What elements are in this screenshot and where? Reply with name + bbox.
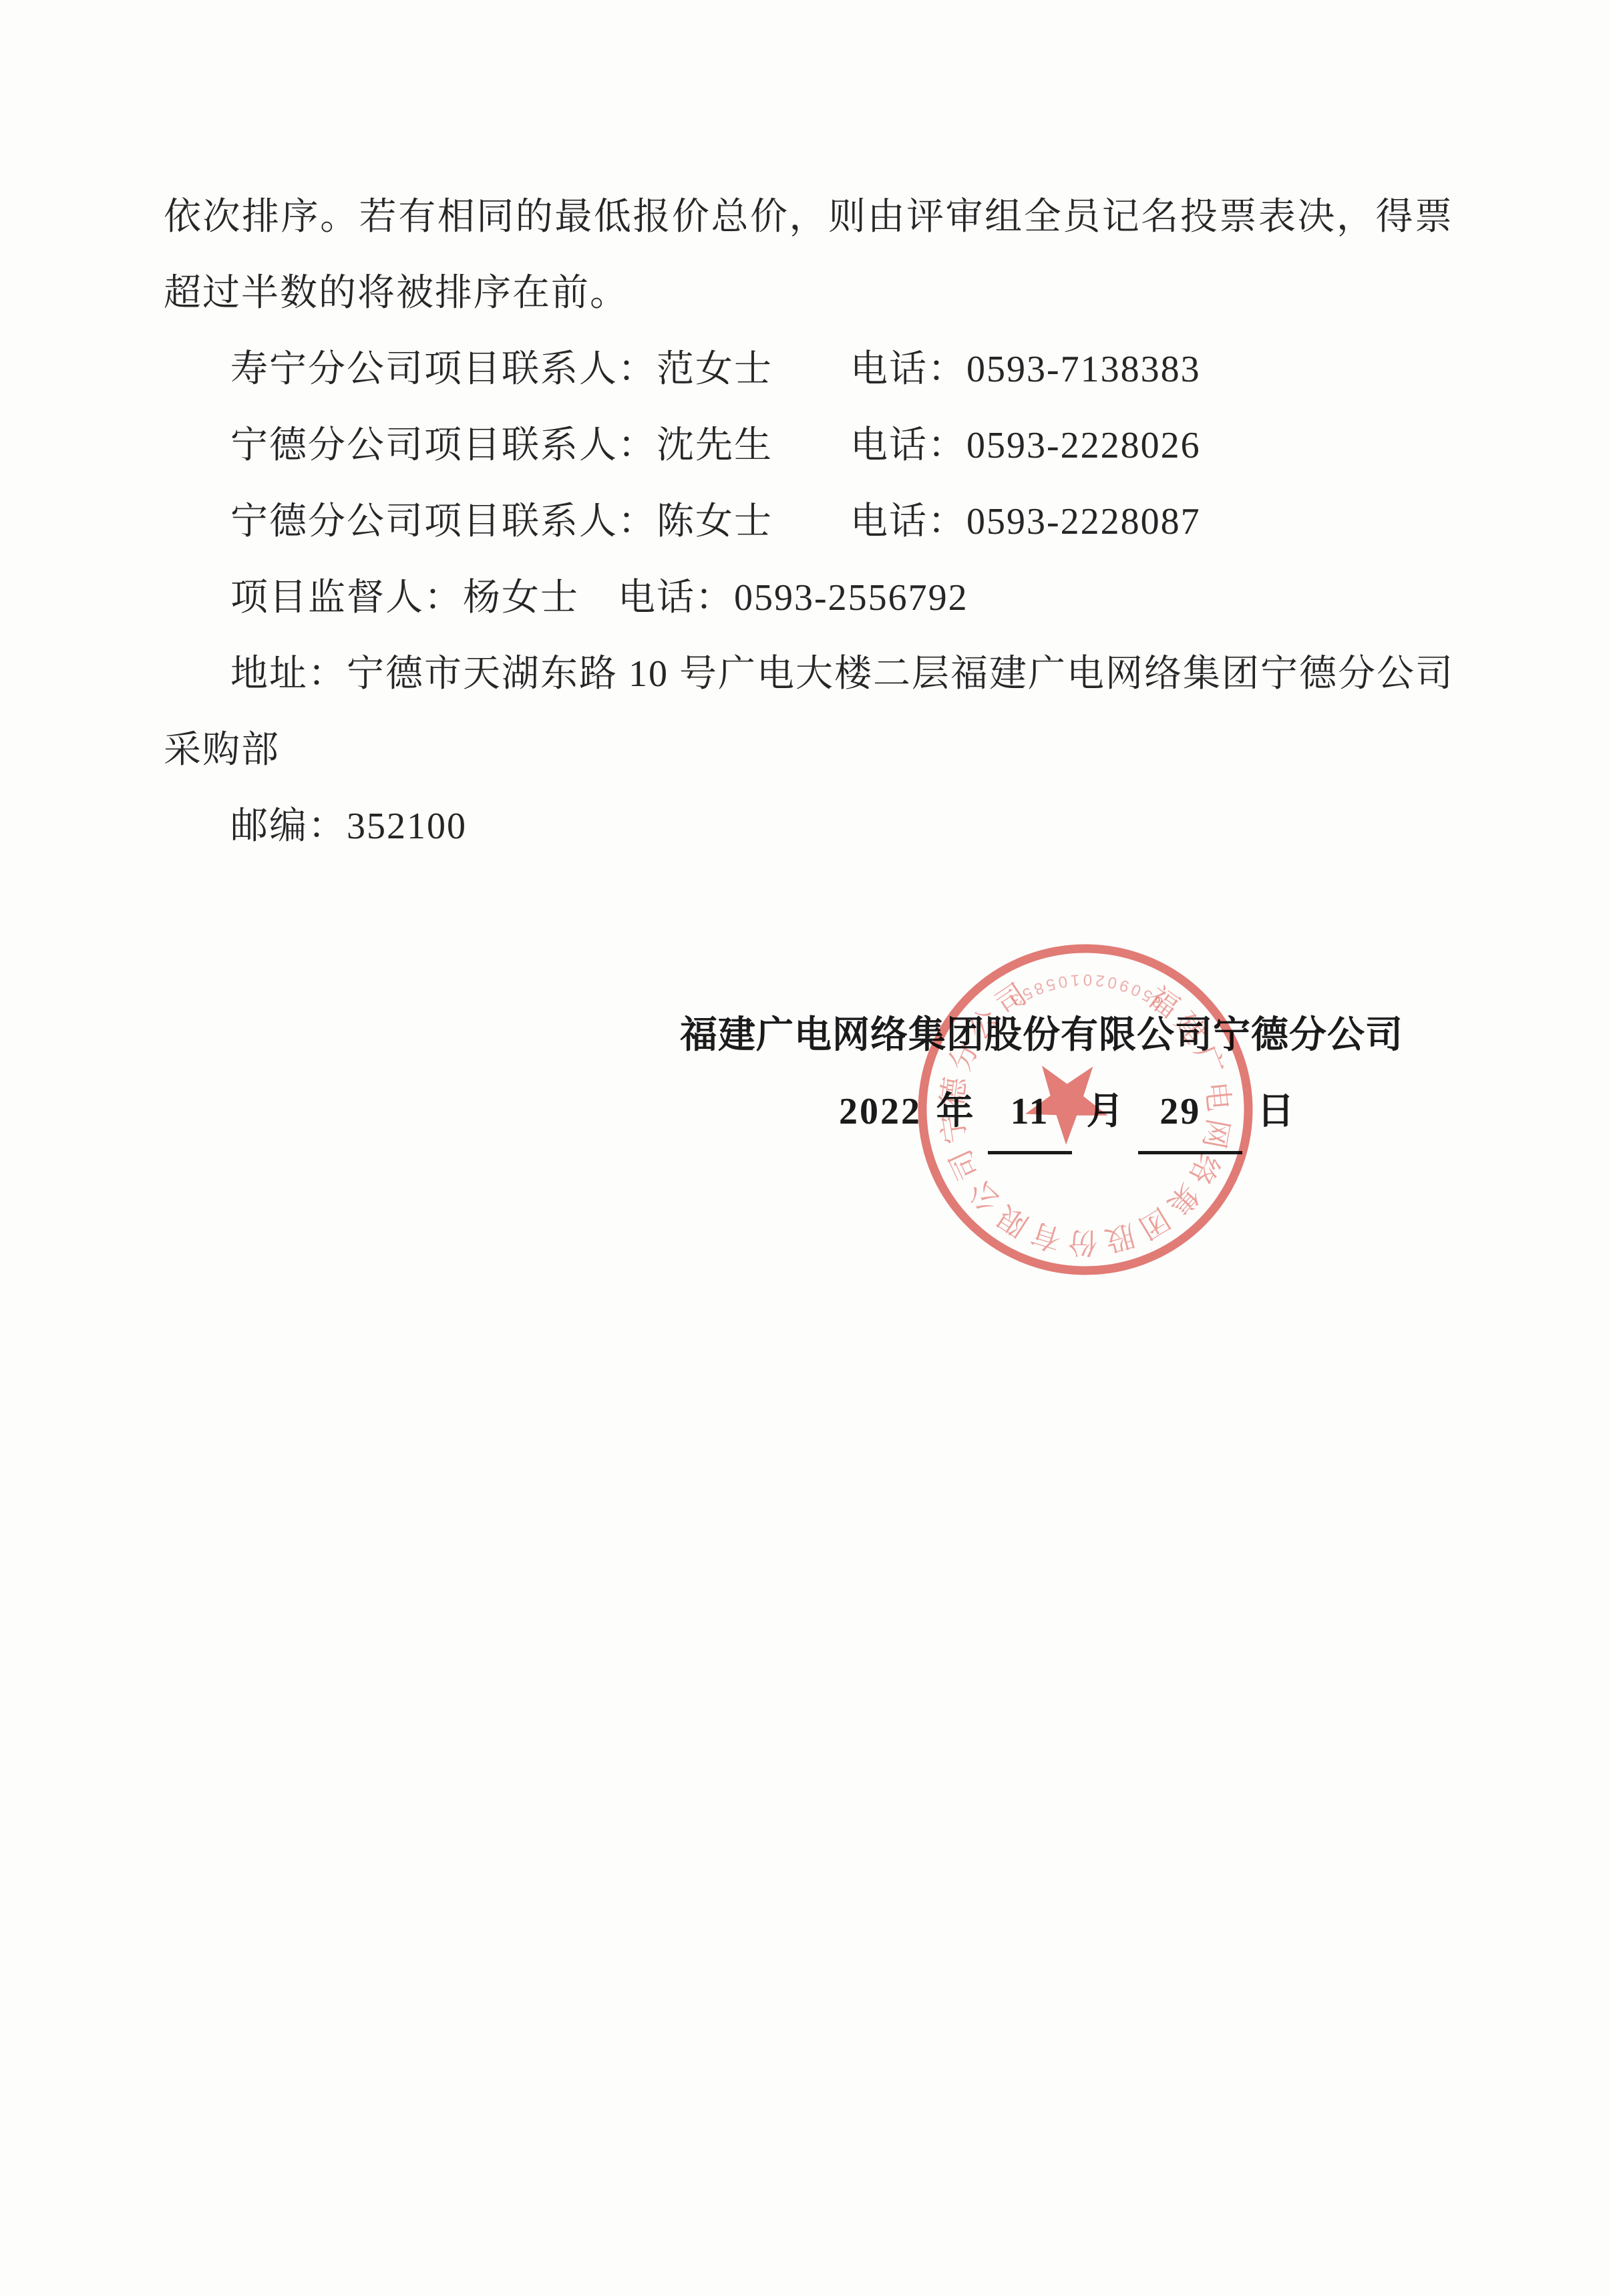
svg-text:0: 0 xyxy=(1083,971,1092,989)
body-text-block: 依次排序。若有相同的最低报价总价，则由评审组全员记名投票表决，得票 超过半数的将… xyxy=(164,179,1453,864)
svg-text:1: 1 xyxy=(1070,971,1080,989)
contact-line-ningde-1: 宁德分公司项目联系人：沈先生 电话：0593-2228026 xyxy=(164,407,1453,484)
svg-text:网: 网 xyxy=(1197,1116,1234,1151)
seal-ring-text: 福建广电网络集团股份有限公司宁德分公司 xyxy=(933,977,1237,1261)
svg-text:电: 电 xyxy=(1200,1080,1235,1113)
svg-text:2: 2 xyxy=(1095,971,1105,990)
date-year: 2022 xyxy=(839,1091,922,1132)
address-wrap-line: 采购部 xyxy=(164,712,1453,788)
contact-line-ningde-2: 宁德分公司项目联系人：陈女士 电话：0593-2228087 xyxy=(164,484,1453,560)
supervisor-line: 项目监督人：杨女士 电话：0593-2556792 xyxy=(164,560,1453,636)
svg-text:5: 5 xyxy=(1044,975,1057,995)
contact-line-shouning: 寿宁分公司项目联系人：范女士 电话：0593-7138383 xyxy=(164,331,1453,407)
seal-star-icon xyxy=(1025,1065,1109,1146)
svg-text:9: 9 xyxy=(1117,976,1131,996)
svg-text:0: 0 xyxy=(1106,973,1119,992)
svg-text:宁: 宁 xyxy=(936,1112,972,1146)
svg-text:股: 股 xyxy=(1101,1218,1138,1257)
postcode-line: 邮编：352100 xyxy=(164,788,1453,864)
svg-text:有: 有 xyxy=(1027,1216,1065,1257)
document-page: 依次排序。若有相同的最低报价总价，则由评审组全员记名投票表决，得票 超过半数的将… xyxy=(0,0,1609,2296)
svg-text:广: 广 xyxy=(1188,1041,1229,1080)
svg-text:0: 0 xyxy=(1057,972,1069,991)
address-line: 地址：宁德市天湖东路 10 号广电大楼二层福建广电网络集团宁德分公司 xyxy=(164,636,1453,712)
svg-text:团: 团 xyxy=(1133,1201,1175,1245)
company-seal: 福建广电网络集团股份有限公司宁德分公司 3509020105853 xyxy=(910,935,1261,1284)
svg-text:集: 集 xyxy=(1161,1178,1205,1222)
svg-text:德: 德 xyxy=(936,1074,972,1108)
svg-text:公: 公 xyxy=(963,1174,1007,1218)
svg-text:份: 份 xyxy=(1068,1226,1098,1259)
svg-text:建: 建 xyxy=(1168,1007,1212,1050)
date-day-unit: 日 xyxy=(1257,1090,1294,1132)
svg-text:公: 公 xyxy=(962,1003,1006,1046)
paragraph-line: 依次排序。若有相同的最低报价总价，则由评审组全员记名投票表决，得票 xyxy=(164,179,1453,255)
svg-text:分: 分 xyxy=(943,1036,985,1076)
svg-text:限: 限 xyxy=(991,1199,1034,1243)
svg-text:司: 司 xyxy=(944,1144,986,1184)
svg-text:络: 络 xyxy=(1183,1148,1226,1189)
paragraph-line: 超过半数的将被排序在前。 xyxy=(164,255,1453,331)
